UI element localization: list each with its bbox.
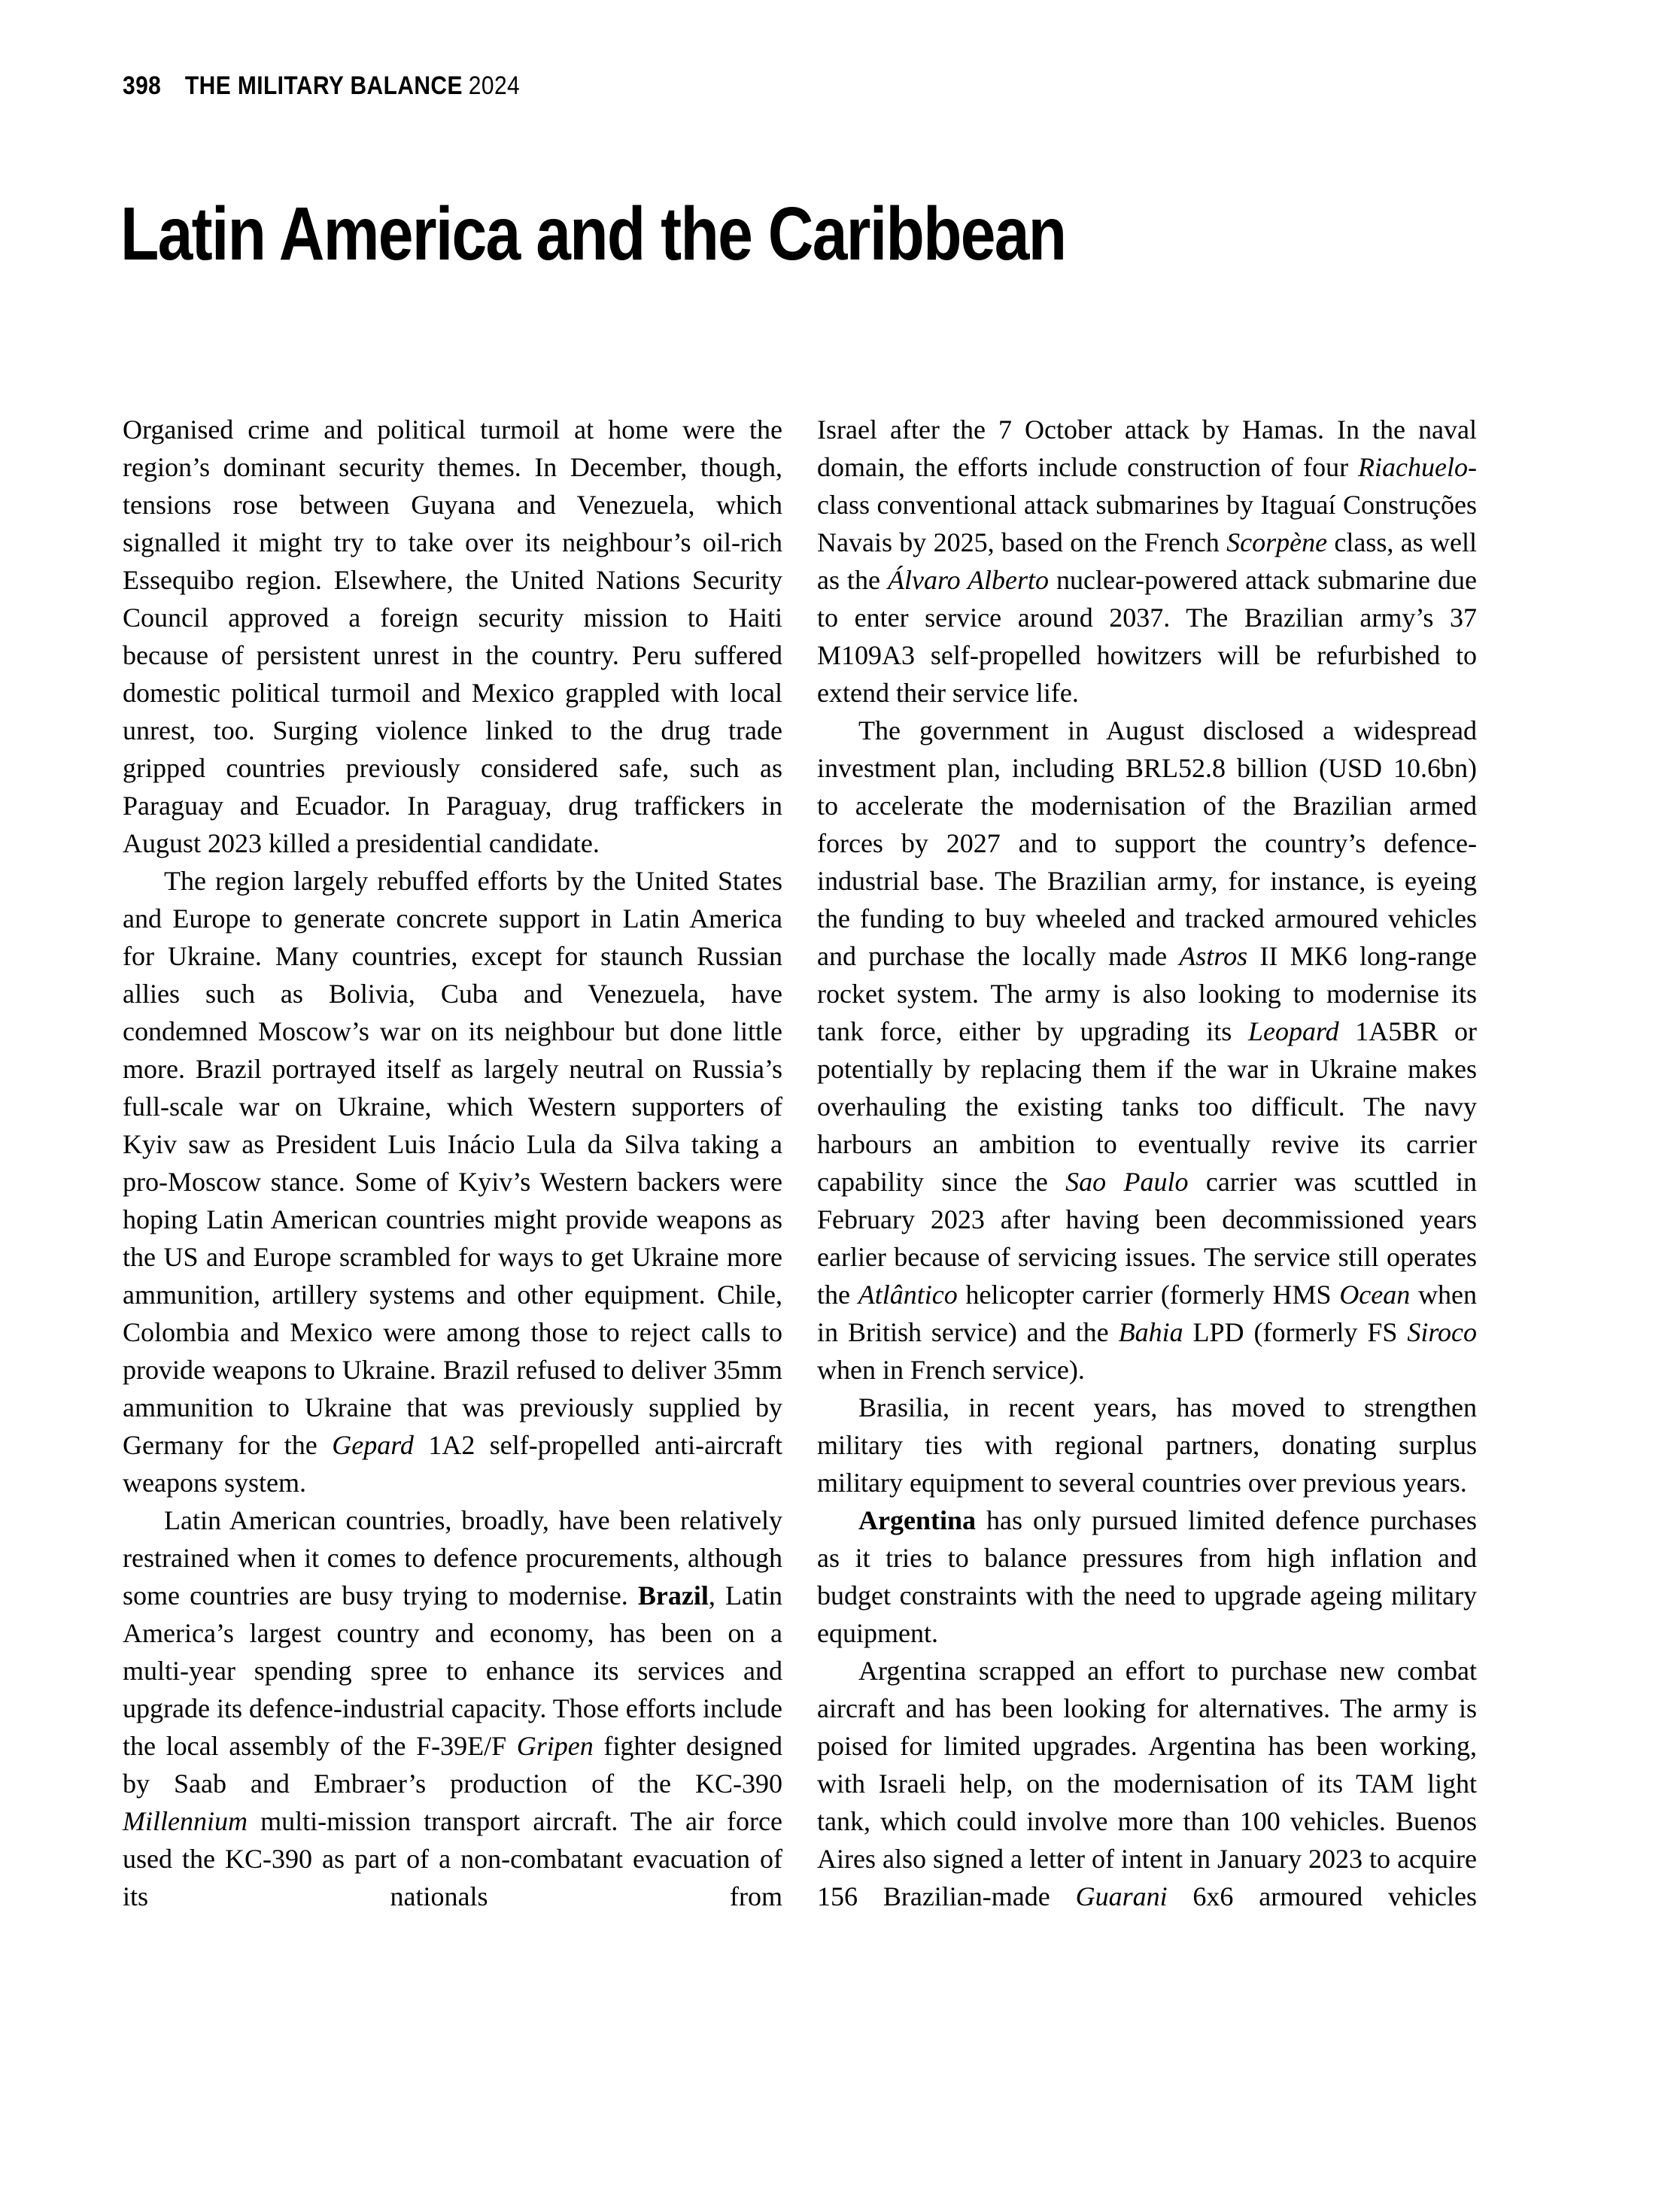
text-segment: 6x6 armoured vehicles bbox=[1168, 1881, 1477, 1911]
paragraph: Argentina scrapped an effort to purchase… bbox=[817, 1652, 1477, 1915]
text-segment: Guarani bbox=[1076, 1881, 1168, 1911]
text-segment: Ocean bbox=[1339, 1280, 1410, 1310]
book-title: THE MILITARY BALANCE bbox=[185, 71, 463, 100]
page-number: 398 bbox=[123, 71, 161, 100]
text-segment: Gepard bbox=[332, 1430, 414, 1460]
book-page: 398THE MILITARY BALANCE2024 Latin Americ… bbox=[0, 0, 1680, 2186]
text-segment: Millennium bbox=[123, 1806, 248, 1836]
text-segment: Astros bbox=[1179, 941, 1247, 971]
text-segment: Organised crime and political turmoil at… bbox=[123, 414, 782, 858]
text-segment: The government in August disclosed a wid… bbox=[817, 715, 1477, 971]
text-segment: helicopter carrier (formerly HMS bbox=[958, 1280, 1340, 1310]
paragraph: The region largely rebuffed efforts by t… bbox=[123, 862, 782, 1501]
paragraph: Israel after the 7 October attack by Ham… bbox=[817, 411, 1477, 712]
text-segment: Bahia bbox=[1119, 1317, 1183, 1347]
paragraph: Latin American countries, broadly, have … bbox=[123, 1501, 782, 1915]
paragraph: Brasilia, in recent years, has moved to … bbox=[817, 1389, 1477, 1501]
text-segment: Leopard bbox=[1248, 1016, 1339, 1046]
text-segment: Álvaro Alberto bbox=[888, 565, 1049, 595]
text-column-right: Israel after the 7 October attack by Ham… bbox=[817, 411, 1477, 1915]
text-segment: when in French service). bbox=[817, 1355, 1085, 1385]
paragraph: The government in August disclosed a wid… bbox=[817, 712, 1477, 1389]
text-segment: Argentina scrapped an effort to purchase… bbox=[817, 1656, 1477, 1911]
text-segment: The region largely rebuffed efforts by t… bbox=[123, 866, 782, 1460]
text-column-left: Organised crime and political turmoil at… bbox=[123, 411, 782, 1915]
text-segment: Atlântico bbox=[858, 1280, 958, 1310]
text-segment: Gripen bbox=[517, 1731, 594, 1761]
text-segment: LPD (formerly FS bbox=[1183, 1317, 1408, 1347]
running-header: 398THE MILITARY BALANCE2024 bbox=[123, 73, 520, 99]
edition-year: 2024 bbox=[469, 71, 520, 100]
text-segment: Brasilia, in recent years, has moved to … bbox=[817, 1392, 1477, 1498]
text-segment: Siroco bbox=[1407, 1317, 1477, 1347]
text-segment: Brazil bbox=[638, 1580, 709, 1611]
paragraph: Organised crime and political turmoil at… bbox=[123, 411, 782, 862]
chapter-title: Latin America and the Caribbean bbox=[120, 195, 1065, 274]
two-column-text-block: Organised crime and political turmoil at… bbox=[123, 411, 1477, 1915]
text-segment: Scorpène bbox=[1226, 527, 1327, 557]
text-segment: Argentina bbox=[858, 1505, 976, 1535]
paragraph: Argentina has only pursued limited defen… bbox=[817, 1501, 1477, 1652]
text-segment: Sao Paulo bbox=[1065, 1167, 1188, 1197]
text-segment: Riachuelo bbox=[1358, 452, 1468, 482]
